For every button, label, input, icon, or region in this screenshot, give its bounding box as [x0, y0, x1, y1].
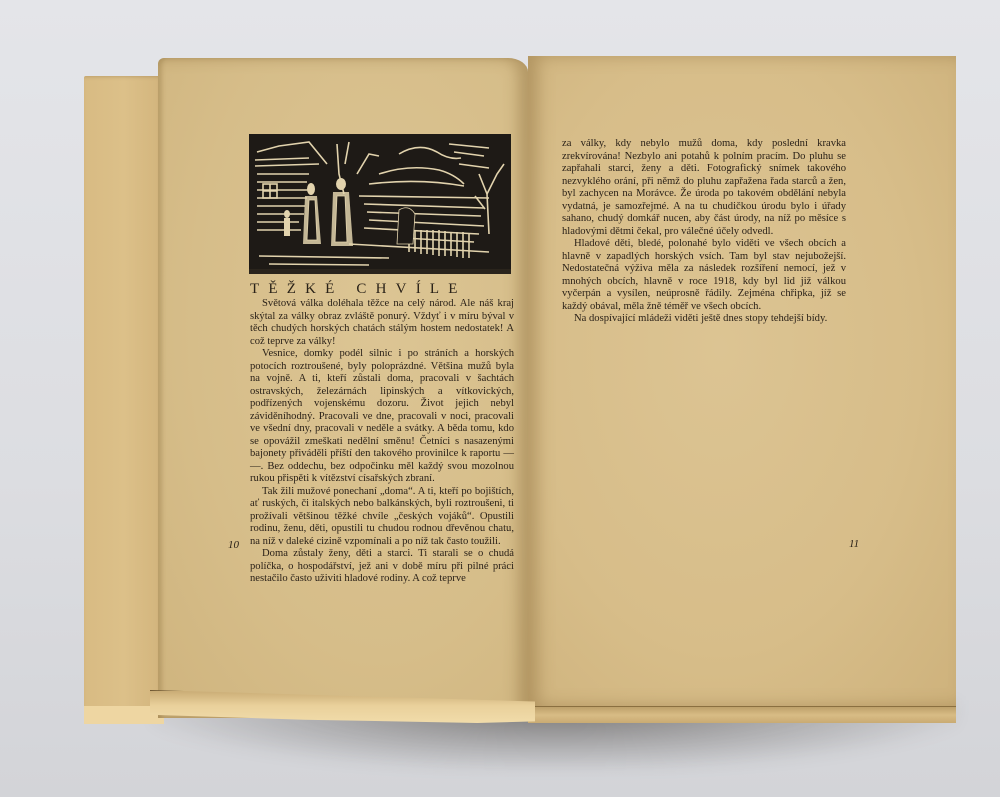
- chapter-title: TĚŽKÉ CHVÍLE: [250, 281, 515, 298]
- page-number-right: 11: [849, 538, 859, 550]
- paragraph: Tak žili mužové ponechaní „doma“. A ti, …: [250, 486, 514, 549]
- paragraph: za války, kdy nebylo mužů doma, kdy posl…: [562, 138, 846, 238]
- paragraph: Doma zůstaly ženy, děti a starci. Ti sta…: [250, 548, 514, 586]
- woodcut-image: [249, 134, 511, 274]
- woodcut-village-illustration: [249, 134, 511, 274]
- right-page-text: za války, kdy nebylo mužů doma, kdy posl…: [562, 138, 846, 326]
- paragraph: Hladové děti, bledé, polonahé bylo vidět…: [562, 238, 846, 313]
- right-page-stack-edge: [528, 706, 956, 723]
- paragraph: Světová válka doléhala těžce na celý nár…: [250, 298, 514, 348]
- left-page-text: Světová válka doléhala těžce na celý nár…: [250, 298, 514, 586]
- paragraph: Vesnice, domky podél silnic i po stráníc…: [250, 348, 514, 486]
- paragraph: Na dospívající mládeži viděti ještě dnes…: [562, 313, 846, 326]
- page-number-left: 10: [228, 539, 239, 551]
- back-cover-flap: [84, 76, 164, 722]
